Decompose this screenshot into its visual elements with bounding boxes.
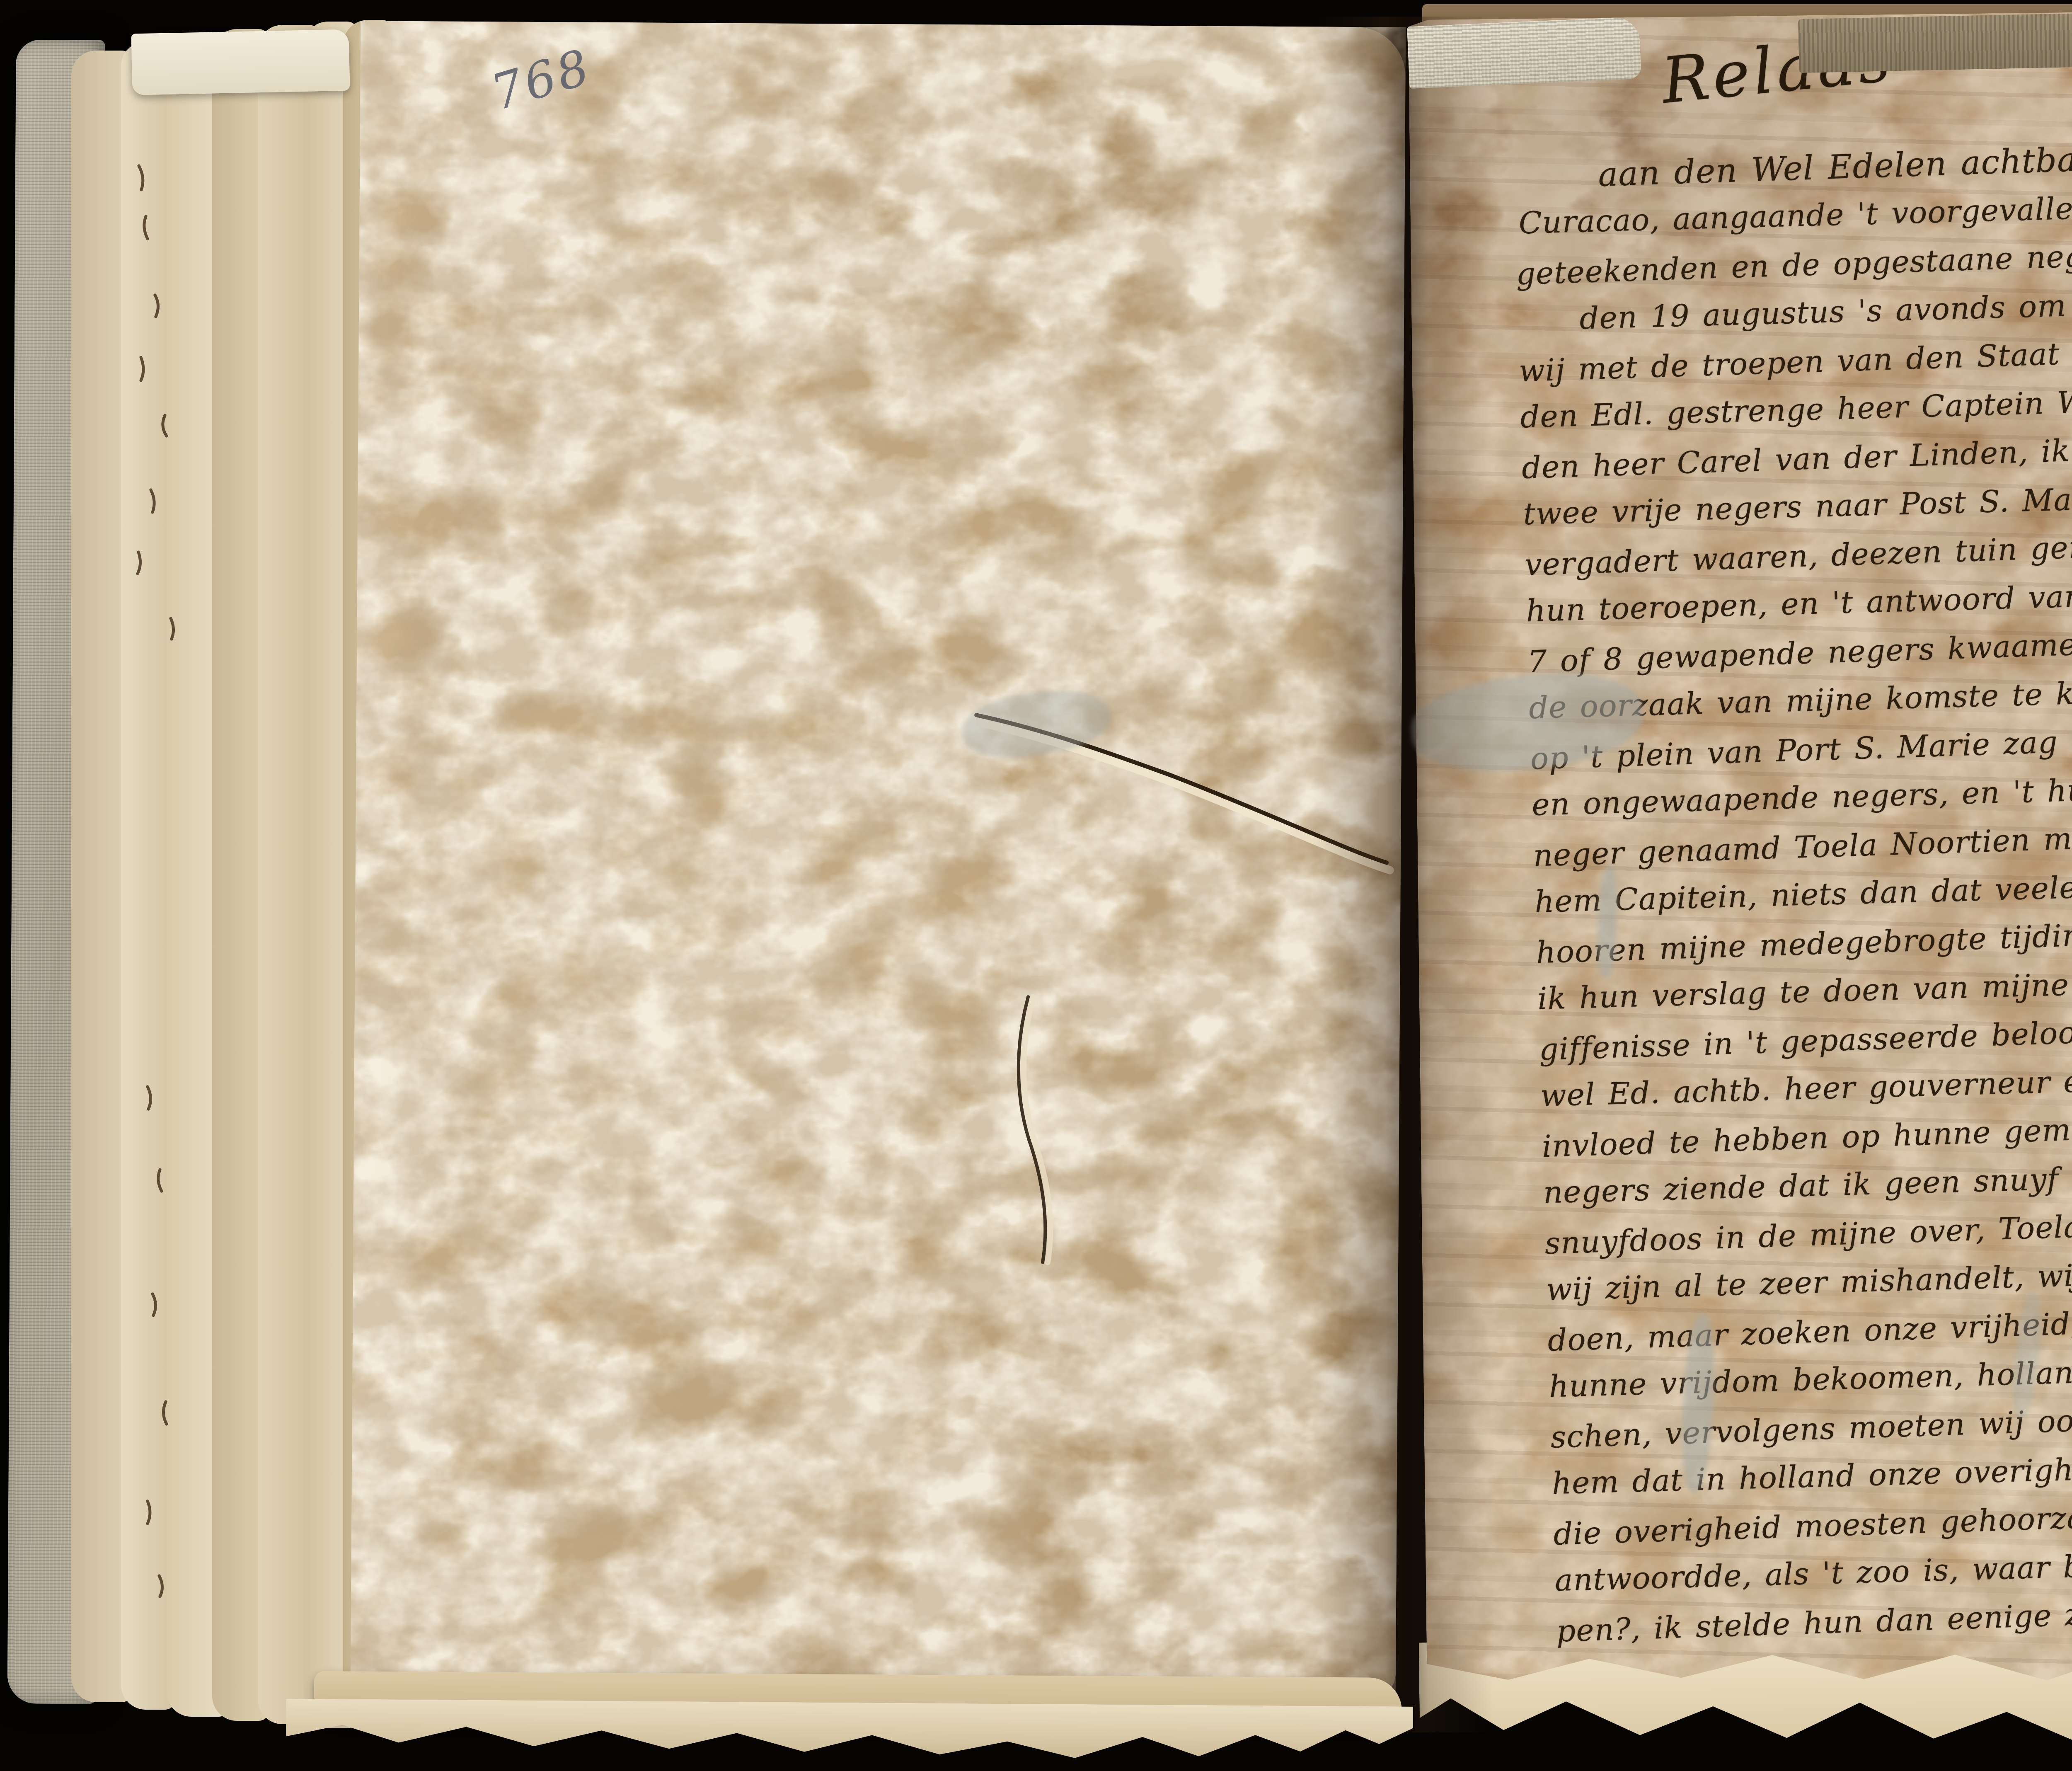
left-page: 768 <box>351 21 1406 1701</box>
binding-tape <box>1407 17 1641 89</box>
right-page: Relaas 769 aan den Wel Edelen achtbaaren… <box>1408 8 2072 1698</box>
photograph-backdrop: 768 Relaas 769 <box>0 0 2072 1771</box>
paper-tear <box>351 21 1406 1701</box>
paper-mottling <box>351 21 1406 1701</box>
manuscript-text: aan den Wel Edelen achtbaaren raad des e… <box>1513 125 2072 1655</box>
page-number-left: 768 <box>485 38 598 121</box>
torn-page-edge <box>286 1699 1414 1761</box>
loose-sheet-corner <box>131 29 350 95</box>
